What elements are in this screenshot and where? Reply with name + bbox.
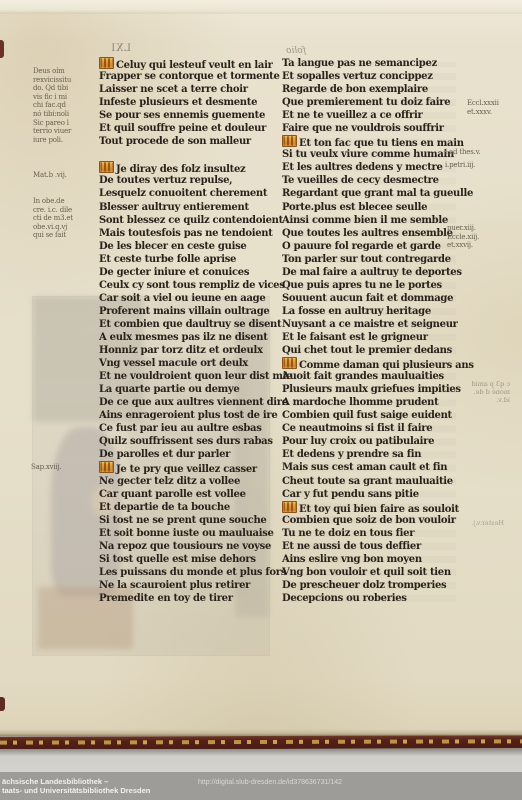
- paraph-initial-icon: [282, 501, 297, 513]
- poem-line-text: Et toy qui bien faire as souloit: [299, 504, 459, 515]
- poem-line: Tu ne te doiz en tous fier: [282, 527, 462, 540]
- poem-line: De prescheuer dolz tromperies: [282, 579, 462, 592]
- poem-line-text: Se pour ses ennemis guemente: [99, 110, 265, 121]
- poem-line: Frapper se contorque et tormente: [99, 70, 279, 83]
- poem-line: Celuy qui lesteuf veult en lair: [99, 57, 279, 70]
- poem-line: Qui chet tout le premier dedans: [282, 344, 462, 357]
- poem-line-text: Blesser aultruy entierement: [99, 202, 249, 213]
- poem-line: Je te pry que veillez casser: [99, 461, 279, 474]
- poem-line-text: Car y fut pendu sans pitie: [282, 489, 419, 500]
- poem-line: Mais toutesfois pas ne tendoient: [99, 227, 279, 240]
- poem-line-text: Combien quil fust saige euident: [282, 410, 452, 421]
- poem-line-text: Honniz par torz ditz et ordeulx: [99, 345, 263, 356]
- scanner-background: [0, 749, 522, 772]
- margin-note-citation: i.petri.iij.: [445, 161, 500, 170]
- poem-line: Et le faisant est le grigneur: [282, 331, 462, 344]
- poem-line-text: De toutes vertuz repulse,: [99, 175, 232, 186]
- poem-line: Car soit a viel ou ieune en aage: [99, 292, 279, 305]
- poem-line: [99, 148, 279, 161]
- book-cover-edge: [0, 735, 522, 749]
- poem-line: Les puissans du monde et plus fors: [99, 566, 279, 579]
- poem-line: Et toy qui bien faire as souloit: [282, 501, 462, 514]
- showthrough-folio-number: LXI: [103, 43, 131, 54]
- poem-line: Et dedens y prendre sa fin: [282, 448, 462, 461]
- poem-line-text: Si tu veulx viure comme humain: [282, 149, 454, 160]
- poem-line: Et ne te vueillez a ce offrir: [282, 109, 462, 122]
- poem-line-text: A mardoche lhomme prudent: [282, 397, 438, 408]
- poem-line-text: Qui chet tout le premier dedans: [282, 345, 452, 356]
- poem-line: Que toutes les aultres ensemble: [282, 227, 462, 240]
- poem-line-text: Premedite en toy de tirer: [99, 593, 233, 604]
- poem-line-text: Porte.plus est blecee seulle: [282, 202, 427, 213]
- poem-line-text: Car quant parolle est vollee: [99, 489, 246, 500]
- poem-line-text: Sont blessez ce quilz contendoient: [99, 215, 283, 226]
- poem-line: Faire que ne vouldrois souffrir: [282, 122, 462, 135]
- poem-line: Blesser aultruy entierement: [99, 201, 279, 214]
- poem-line: Se pour ses ennemis guemente: [99, 109, 279, 122]
- poem-line: Si tost quelle est mise dehors: [99, 553, 279, 566]
- footer-watermark-bar: ächsische Landesbibliothek – taats- und …: [0, 772, 522, 800]
- poem-line: Vng vessel macule ort deulx: [99, 357, 279, 370]
- poem-line-text: Ne gecter telz ditz a vollee: [99, 476, 240, 487]
- margin-note-latin-gloss: Deus oím rexvicissitu do. Qd tibi vis fi…: [33, 67, 95, 144]
- poem-line-text: Et soit bonne iuste ou mauluaise: [99, 528, 274, 539]
- poem-line-text: Proferent mains villain oultrage: [99, 306, 269, 317]
- poem-line: De les blecer en ceste guise: [99, 240, 279, 253]
- poem-line: Ta langue pas ne semancipez: [282, 57, 462, 70]
- poem-line: Et sopalles vertuz concippez: [282, 70, 462, 83]
- poem-line-text: Les puissans du monde et plus fors: [99, 567, 286, 578]
- poem-line-text: Si tost quelle est mise dehors: [99, 554, 256, 565]
- poem-line: Combien que soiz de bon vouloir: [282, 514, 462, 527]
- poem-line-text: Et ne vouldroient quon leur dist mie: [99, 371, 292, 382]
- poem-line: Honniz par torz ditz et ordeulx: [99, 344, 279, 357]
- poem-line: Ains enrageroient plus tost de ire: [99, 409, 279, 422]
- poem-line-text: Que premierement tu doiz faire: [282, 97, 450, 108]
- poem-line: Pour luy croix ou patibulaire: [282, 435, 462, 448]
- poem-line: Et combien que daultruy se disent: [99, 318, 279, 331]
- poem-line: Ceulx cy sont tous rempliz de vices: [99, 279, 279, 292]
- poem-line: De ce que aux aultres viennent dire: [99, 396, 279, 409]
- poem-line: Na repoz que tousiours ne voyse: [99, 540, 279, 553]
- poem-line: Nuysant a ce maistre et seigneur: [282, 318, 462, 331]
- poem-line-text: Que toutes les aultres ensemble: [282, 228, 453, 239]
- right-text-column: Ta langue pas ne semancipezEt sopalles v…: [282, 57, 462, 605]
- poem-line: Et ceste turbe folle aprise: [99, 253, 279, 266]
- poem-line-text: Te vueilles de cecy desmectre: [282, 175, 439, 186]
- poem-line: De mal faire a aultruy te deportes: [282, 266, 462, 279]
- poem-line: De parolles et dur parler: [99, 448, 279, 461]
- showthrough-folio-word: folio: [276, 46, 306, 56]
- poem-line-text: Nuysant a ce maistre et seigneur: [282, 319, 458, 330]
- left-text-column: Celuy qui lesteuf veult en lairFrapper s…: [99, 57, 279, 605]
- poem-line: Combien quil fust saige euident: [282, 409, 462, 422]
- poem-line-text: Tout procede de son malleur: [99, 136, 251, 147]
- poem-line-text: Ains eslire vng bon moyen: [282, 554, 422, 565]
- poem-line-text: Car soit a viel ou ieune en aage: [99, 293, 265, 304]
- poem-line-text: De ce que aux aultres viennent dire: [99, 397, 288, 408]
- poem-line: Comme daman qui plusieurs ans: [282, 357, 462, 370]
- poem-line: Je diray des folz insultez: [99, 161, 279, 174]
- poem-line-text: Et les aultres dedens y mectre: [282, 162, 443, 173]
- paraph-initial-icon: [99, 161, 114, 173]
- poem-line: A eulx mesmes pas ilz ne disent: [99, 331, 279, 344]
- poem-line: Plusieurs maulx griefues impities: [282, 383, 462, 396]
- poem-line: Et ton fac que tu tiens en main: [282, 135, 462, 148]
- poem-line: Cheut toute sa grant mauluaitie: [282, 475, 462, 488]
- paraph-initial-icon: [99, 461, 114, 473]
- poem-line-text: De prescheuer dolz tromperies: [282, 580, 446, 591]
- poem-line: Ne la scauroient plus retirer: [99, 579, 279, 592]
- page-top-edge: [0, 0, 522, 14]
- poem-line-text: Et combien que daultruy se disent: [99, 319, 281, 330]
- poem-line: Et soit bonne iuste ou mauluaise: [99, 527, 279, 540]
- poem-line-text: Infeste plusieurs et desmente: [99, 97, 257, 108]
- poem-line-text: Frapper se contorque et tormente: [99, 71, 280, 82]
- poem-line-text: Auoit fait grandes mauluaities: [282, 371, 444, 382]
- poem-line-text: Et le faisant est le grigneur: [282, 332, 428, 343]
- poem-line-text: Vng vessel macule ort deulx: [99, 358, 248, 369]
- poem-line: Et ne vouldroient quon leur dist mie: [99, 370, 279, 383]
- poem-line: Ce neautmoins si fist il faire: [282, 422, 462, 435]
- poem-line: Auoit fait grandes mauluaities: [282, 370, 462, 383]
- margin-note-citation: In obe.de cre. i.c. dile cti de m3.et ob…: [33, 197, 95, 240]
- poem-line: De gecter iniure et conuices: [99, 266, 279, 279]
- poem-line: Et quil souffre peine et douleur: [99, 122, 279, 135]
- manuscript-page: LXI folio c q3 p amid moné d de. id.v. H…: [0, 0, 522, 736]
- margin-note-citation: Eccl.xxxii et.xxxv.: [467, 99, 519, 116]
- margin-note-citation: puer.xiij. Eccle.xiij. et.xxvij.: [447, 224, 502, 250]
- poem-line: Ainsi comme bien il me semble: [282, 214, 462, 227]
- margin-note-citation: Mat.b .vij.: [33, 171, 93, 180]
- poem-line: Que puis apres tu ne le portes: [282, 279, 462, 292]
- poem-line-text: Decepcions ou roberies: [282, 593, 407, 604]
- poem-line: Et departie de ta bouche: [99, 501, 279, 514]
- poem-line-text: Faire que ne vouldrois souffrir: [282, 123, 444, 134]
- poem-line-text: Quilz souffrissent ses durs rabas: [99, 436, 273, 447]
- poem-line: Vng bon vouloir et quil soit tien: [282, 566, 462, 579]
- poem-line-text: Mais sus cest aman cault et fin: [282, 462, 447, 473]
- poem-line: Que premierement tu doiz faire: [282, 96, 462, 109]
- poem-line: Te vueilles de cecy desmectre: [282, 174, 462, 187]
- poem-line-text: Na repoz que tousiours ne voyse: [99, 541, 271, 552]
- poem-line: A mardoche lhomme prudent: [282, 396, 462, 409]
- poem-line-text: Et ceste turbe folle aprise: [99, 254, 236, 265]
- poem-line-text: Et quil souffre peine et douleur: [99, 123, 266, 134]
- poem-line: Infeste plusieurs et desmente: [99, 96, 279, 109]
- margin-note-citation: i.ad thes.v.: [445, 148, 500, 157]
- poem-line-text: Je te pry que veillez casser: [116, 464, 257, 475]
- poem-line: La quarte partie ou demye: [99, 383, 279, 396]
- poem-line-text: Regarde de bon exemplaire: [282, 84, 428, 95]
- poem-line: Car y fut pendu sans pitie: [282, 488, 462, 501]
- poem-line: Lesquelz conuoitent cherement: [99, 187, 279, 200]
- poem-line-text: Et sopalles vertuz concippez: [282, 71, 433, 82]
- poem-line-text: De les blecer en ceste guise: [99, 241, 246, 252]
- poem-line-text: A eulx mesmes pas ilz ne disent: [99, 332, 268, 343]
- poem-line: Sont blessez ce quilz contendoient: [99, 214, 279, 227]
- poem-line-text: Ains enrageroient plus tost de ire: [99, 410, 277, 421]
- margin-note-citation: Sap.xviij.: [31, 463, 91, 472]
- poem-line-text: Ne la scauroient plus retirer: [99, 580, 250, 591]
- poem-line-text: Ton parler sur tout contregarde: [282, 254, 451, 265]
- poem-line: Decepcions ou roberies: [282, 592, 462, 605]
- poem-line: Regarde de bon exemplaire: [282, 83, 462, 96]
- binding-mark: [0, 697, 5, 711]
- poem-line: Et les aultres dedens y mectre: [282, 161, 462, 174]
- poem-line: Souuent aucun fait et dommage: [282, 292, 462, 305]
- poem-line: Porte.plus est blecee seulle: [282, 201, 462, 214]
- poem-line: Quilz souffrissent ses durs rabas: [99, 435, 279, 448]
- poem-line-text: Souuent aucun fait et dommage: [282, 293, 453, 304]
- paraph-initial-icon: [282, 135, 297, 147]
- poem-line-text: Ce fust par ieu au aultre esbas: [99, 423, 262, 434]
- binding-mark: [0, 40, 4, 58]
- poem-line: Regardant que grant mal ta gueulle: [282, 187, 462, 200]
- poem-line-text: Et dedens y prendre sa fin: [282, 449, 421, 460]
- poem-line-text: Et departie de ta bouche: [99, 502, 230, 513]
- poem-line-text: Regardant que grant mal ta gueulle: [282, 188, 473, 199]
- poem-line: Si tu veulx viure comme humain: [282, 148, 462, 161]
- poem-line-text: Vng bon vouloir et quil soit tien: [282, 567, 451, 578]
- poem-line: La fosse en aultruy heritage: [282, 305, 462, 318]
- poem-line-text: O pauure fol regarde et garde: [282, 241, 441, 252]
- poem-line: Ton parler sur tout contregarde: [282, 253, 462, 266]
- poem-line-text: Ce neautmoins si fist il faire: [282, 423, 432, 434]
- showthrough-margin-note: c q3 p amid moné d de. id.v.: [458, 380, 510, 404]
- poem-line-text: Lesquelz conuoitent cherement: [99, 188, 267, 199]
- scanned-manuscript-view: LXI folio c q3 p amid moné d de. id.v. H…: [0, 0, 522, 800]
- poem-line: Et ne aussi de tous deffier: [282, 540, 462, 553]
- poem-line: Si tost ne se prent qune souche: [99, 514, 279, 527]
- poem-line: Ce fust par ieu au aultre esbas: [99, 422, 279, 435]
- poem-line-text: De mal faire a aultruy te deportes: [282, 267, 462, 278]
- poem-line-text: Cheut toute sa grant mauluaitie: [282, 476, 453, 487]
- poem-line: Laisser ne scet a terre choir: [99, 83, 279, 96]
- poem-line-text: De parolles et dur parler: [99, 449, 230, 460]
- poem-line-text: Que puis apres tu ne le portes: [282, 280, 442, 291]
- poem-line-text: Si tost ne se prent qune souche: [99, 515, 266, 526]
- poem-line-text: Et ne aussi de tous deffier: [282, 541, 421, 552]
- poem-line: De toutes vertuz repulse,: [99, 174, 279, 187]
- poem-line: Mais sus cest aman cault et fin: [282, 461, 462, 474]
- poem-line: Ne gecter telz ditz a vollee: [99, 475, 279, 488]
- poem-line-text: Pour luy croix ou patibulaire: [282, 436, 434, 447]
- poem-line-text: Mais toutesfois pas ne tendoient: [99, 228, 273, 239]
- poem-line: Ains eslire vng bon moyen: [282, 553, 462, 566]
- poem-line: O pauure fol regarde et garde: [282, 240, 462, 253]
- poem-line-text: La quarte partie ou demye: [99, 384, 240, 395]
- gold-tooling-pattern: [0, 739, 522, 744]
- poem-line-text: Ainsi comme bien il me semble: [282, 215, 448, 226]
- poem-line-text: Ceulx cy sont tous rempliz de vices: [99, 280, 285, 291]
- poem-line-text: Laisser ne scet a terre choir: [99, 84, 248, 95]
- poem-line-text: De gecter iniure et conuices: [99, 267, 249, 278]
- paraph-initial-icon: [99, 57, 114, 69]
- poem-line: Proferent mains villain oultrage: [99, 305, 279, 318]
- poem-line-text: Tu ne te doiz en tous fier: [282, 528, 414, 539]
- poem-line: Premedite en toy de tirer: [99, 592, 279, 605]
- source-url: http://digital.slub-dresden.de/id3786367…: [198, 779, 342, 786]
- paraph-initial-icon: [282, 357, 297, 369]
- library-name: ächsische Landesbibliothek – taats- und …: [2, 777, 150, 795]
- poem-line-text: La fosse en aultruy heritage: [282, 306, 431, 317]
- poem-line: Car quant parolle est vollee: [99, 488, 279, 501]
- poem-line: Tout procede de son malleur: [99, 135, 279, 148]
- poem-line-text: Combien que soiz de bon vouloir: [282, 515, 456, 526]
- poem-line-text: Ta langue pas ne semancipez: [282, 58, 437, 69]
- poem-line-text: Et ne te vueillez a ce offrir: [282, 110, 422, 121]
- poem-line-text: Plusieurs maulx griefues impities: [282, 384, 461, 395]
